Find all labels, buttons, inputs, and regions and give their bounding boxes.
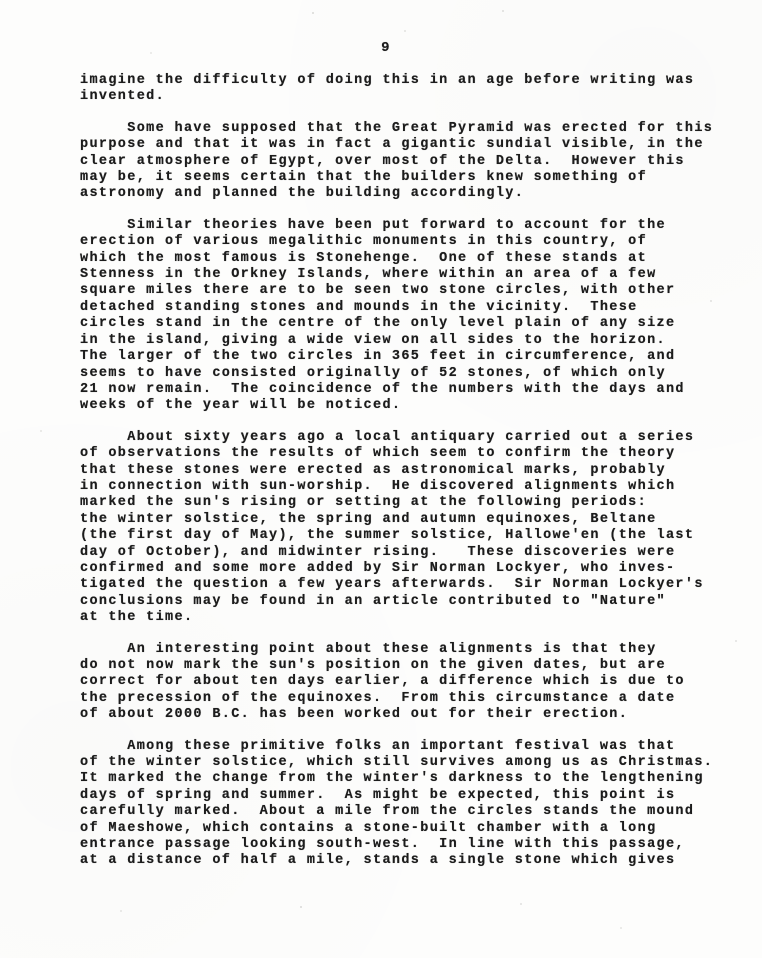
paragraph: About sixty years ago a local antiquary … — [80, 430, 740, 627]
scan-speckles — [0, 0, 2, 2]
paragraph: imagine the difficulty of doing this in … — [80, 73, 740, 106]
page-number: 9 — [80, 40, 692, 56]
paragraph: Among these primitive folks an important… — [80, 739, 740, 870]
document-body: imagine the difficulty of doing this in … — [80, 73, 740, 885]
paragraph: An interesting point about these alignme… — [80, 642, 740, 724]
paragraph: Some have supposed that the Great Pyrami… — [80, 121, 740, 203]
paragraph: Similar theories have been put forward t… — [80, 218, 740, 415]
document-page: 9 imagine the difficulty of doing this i… — [0, 0, 762, 958]
